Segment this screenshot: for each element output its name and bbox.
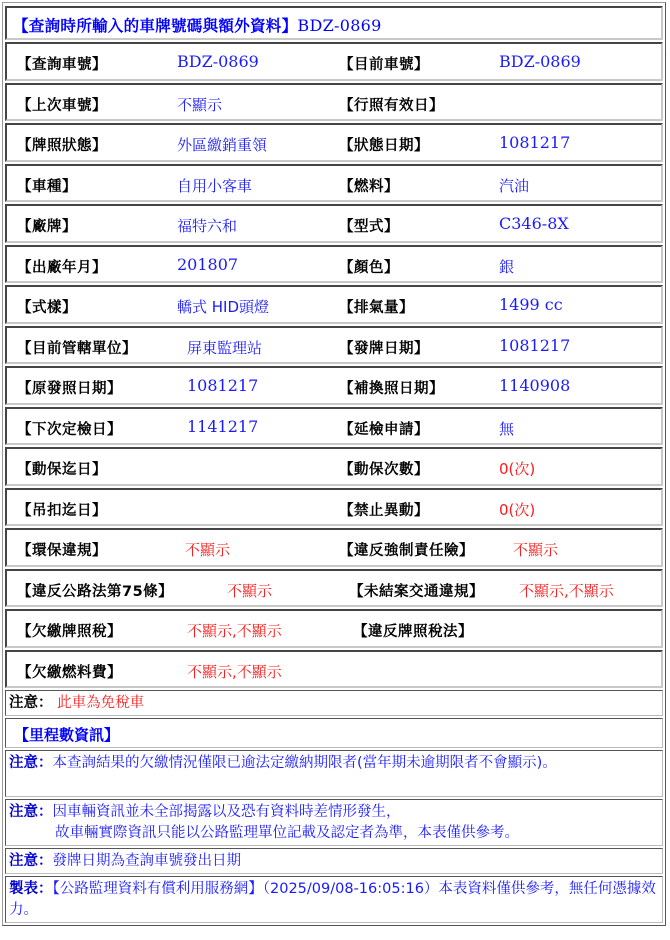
value: BDZ-0869 [499,52,581,71]
value: 1081217 [499,336,570,355]
value: 無 [499,418,514,439]
label: 【發牌日期】 [339,337,429,358]
row-manufacture-date: 【出廠年月】 201807 【顏色】 銀 [5,245,663,284]
row-fuel-fee: 【欠繳燃料費】 不顯示,不顯示 [5,650,663,689]
label: 【上次車號】 [17,94,107,115]
value: 1141217 [187,417,258,436]
value: 1140908 [499,376,570,395]
row-suspension: 【吊扣迄日】 【禁止異動】 0(次) [5,488,663,527]
note-prefix: 注意： [9,804,53,820]
note-prefix: 注意： [9,853,53,869]
label: 【型式】 [339,215,399,236]
label: 【環保違規】 [17,539,107,560]
label: 【出廠年月】 [17,256,107,277]
note-arrears: 注意：本查詢結果的欠繳情況僅限已逾法定繳納期限者(當年期未逾期限者不會顯示)。 [5,750,663,797]
value: 不顯示 [177,94,222,115]
footer-text: 【公路監理資料有償利用服務網】（2025/09/08-16:05:16）本表資料… [9,881,656,918]
label: 【行照有效日】 [339,94,444,115]
value: BDZ-0869 [177,52,259,71]
title-row: 【查詢時所輸入的車牌號碼與額外資料】BDZ-0869 [5,6,663,40]
label: 【吊扣迄日】 [17,499,107,520]
value: 不顯示,不顯示 [187,620,282,641]
label: 【欠繳燃料費】 [17,661,122,682]
label: 【狀態日期】 [339,134,429,155]
mileage-header-row: 【里程數資訊】 [5,718,663,748]
value: C346-8X [499,214,569,233]
label: 【動保迄日】 [17,458,107,479]
note-issue-date: 注意：發牌日期為查詢車號發出日期 [5,848,663,874]
note-text: 此車為免稅車 [57,695,144,711]
label: 【延檢申請】 [339,418,429,439]
label: 【廠牌】 [17,215,77,236]
label: 【補換照日期】 [339,377,444,398]
label: 【禁止異動】 [339,499,429,520]
value: 不顯示,不顯示 [187,661,282,682]
row-next-inspection: 【下次定檢日】 1141217 【延檢申請】 無 [5,407,663,446]
value: 不顯示,不顯示 [519,580,614,601]
title-plate: BDZ-0869 [297,16,381,35]
value: 銀 [499,256,514,277]
value: 不顯示 [227,580,272,601]
page-title: 【查詢時所輸入的車牌號碼與額外資料】BDZ-0869 [13,14,382,36]
value: 福特六和 [177,215,237,236]
value: 汽油 [499,175,529,196]
value: 1499 cc [499,295,563,314]
label: 【目前管轄單位】 [17,337,137,358]
label: 【排氣量】 [339,296,414,317]
note-prefix: 注意： [9,755,53,771]
row-original-issue-date: 【原發照日期】 1081217 【補換照日期】 1140908 [5,366,663,405]
label: 【式樣】 [17,296,77,317]
footer-note: 製表：【公路監理資料有償利用服務網】（2025/09/08-16:05:16）本… [5,876,663,923]
label: 【查詢車號】 [17,53,107,74]
label: 【燃料】 [339,175,399,196]
value: 1081217 [499,133,570,152]
row-body-style: 【式樣】 轎式 HID頭燈 【排氣量】 1499 cc [5,285,663,324]
row-brand: 【廠牌】 福特六和 【型式】 C346-8X [5,204,663,243]
label: 【違反牌照稅法】 [353,620,473,641]
label: 【欠繳牌照稅】 [17,620,122,641]
label: 【違反強制責任險】 [339,539,474,560]
label: 【車種】 [17,175,77,196]
label: 【動保次數】 [339,458,429,479]
label: 【牌照狀態】 [17,134,107,155]
value: 外區繳銷重領 [177,134,267,155]
row-chattel-mortgage: 【動保迄日】 【動保次數】 0(次) [5,447,663,486]
value: 不顯示 [513,539,558,560]
row-highway-act: 【違反公路法第75條】 不顯示 【未結案交通違規】 不顯示,不顯示 [5,569,663,608]
value: 201807 [177,255,238,274]
row-license-tax: 【欠繳牌照稅】 不顯示,不顯示 【違反牌照稅法】 [5,609,663,648]
label: 【違反公路法第75條】 [17,580,173,601]
note-line2: 故車輛實際資訊只能以公路監理單位記載及認定者為準，本表僅供參考。 [9,823,656,844]
value: 0(次) [499,458,535,479]
value: 屏東監理站 [187,337,262,358]
label: 【目前車號】 [339,53,429,74]
note-prefix: 注意： [9,695,53,711]
value: 0(次) [499,499,535,520]
note-line1: 因車輛資訊並未全部揭露以及恐有資料時差情形發生， [53,804,401,820]
row-jurisdiction: 【目前管轄單位】 屏東監理站 【發牌日期】 1081217 [5,326,663,365]
vehicle-info-table: 【查詢時所輸入的車牌號碼與額外資料】BDZ-0869 【查詢車號】 BDZ-08… [2,2,666,926]
note-text: 發牌日期為查詢車號發出日期 [53,853,242,869]
label: 【原發照日期】 [17,377,122,398]
footer-prefix: 製表： [9,881,53,897]
value: 1081217 [187,376,258,395]
label: 【未結案交通違規】 [349,580,484,601]
row-vehicle-type: 【車種】 自用小客車 【燃料】 汽油 [5,164,663,203]
row-environmental: 【環保違規】 不顯示 【違反強制責任險】 不顯示 [5,528,663,567]
value: 轎式 HID頭燈 [177,296,269,317]
row-plate-status: 【牌照狀態】 外區繳銷重領 【狀態日期】 1081217 [5,123,663,162]
row-previous-plate: 【上次車號】 不顯示 【行照有效日】 [5,83,663,122]
label: 【下次定檢日】 [17,418,122,439]
note-text: 本查詢結果的欠繳情況僅限已逾法定繳納期限者(當年期未逾期限者不會顯示)。 [53,755,557,771]
value: 不顯示 [185,539,230,560]
mileage-header: 【里程數資訊】 [14,724,119,745]
row-query-plate: 【查詢車號】 BDZ-0869 【目前車號】 BDZ-0869 [5,42,663,81]
value: 自用小客車 [177,175,252,196]
label: 【顏色】 [339,256,399,277]
note-disclaimer: 注意：因車輛資訊並未全部揭露以及恐有資料時差情形發生，故車輛實際資訊只能以公路監… [5,799,663,846]
note-tax-free: 注意： 此車為免稅車 [5,690,663,716]
